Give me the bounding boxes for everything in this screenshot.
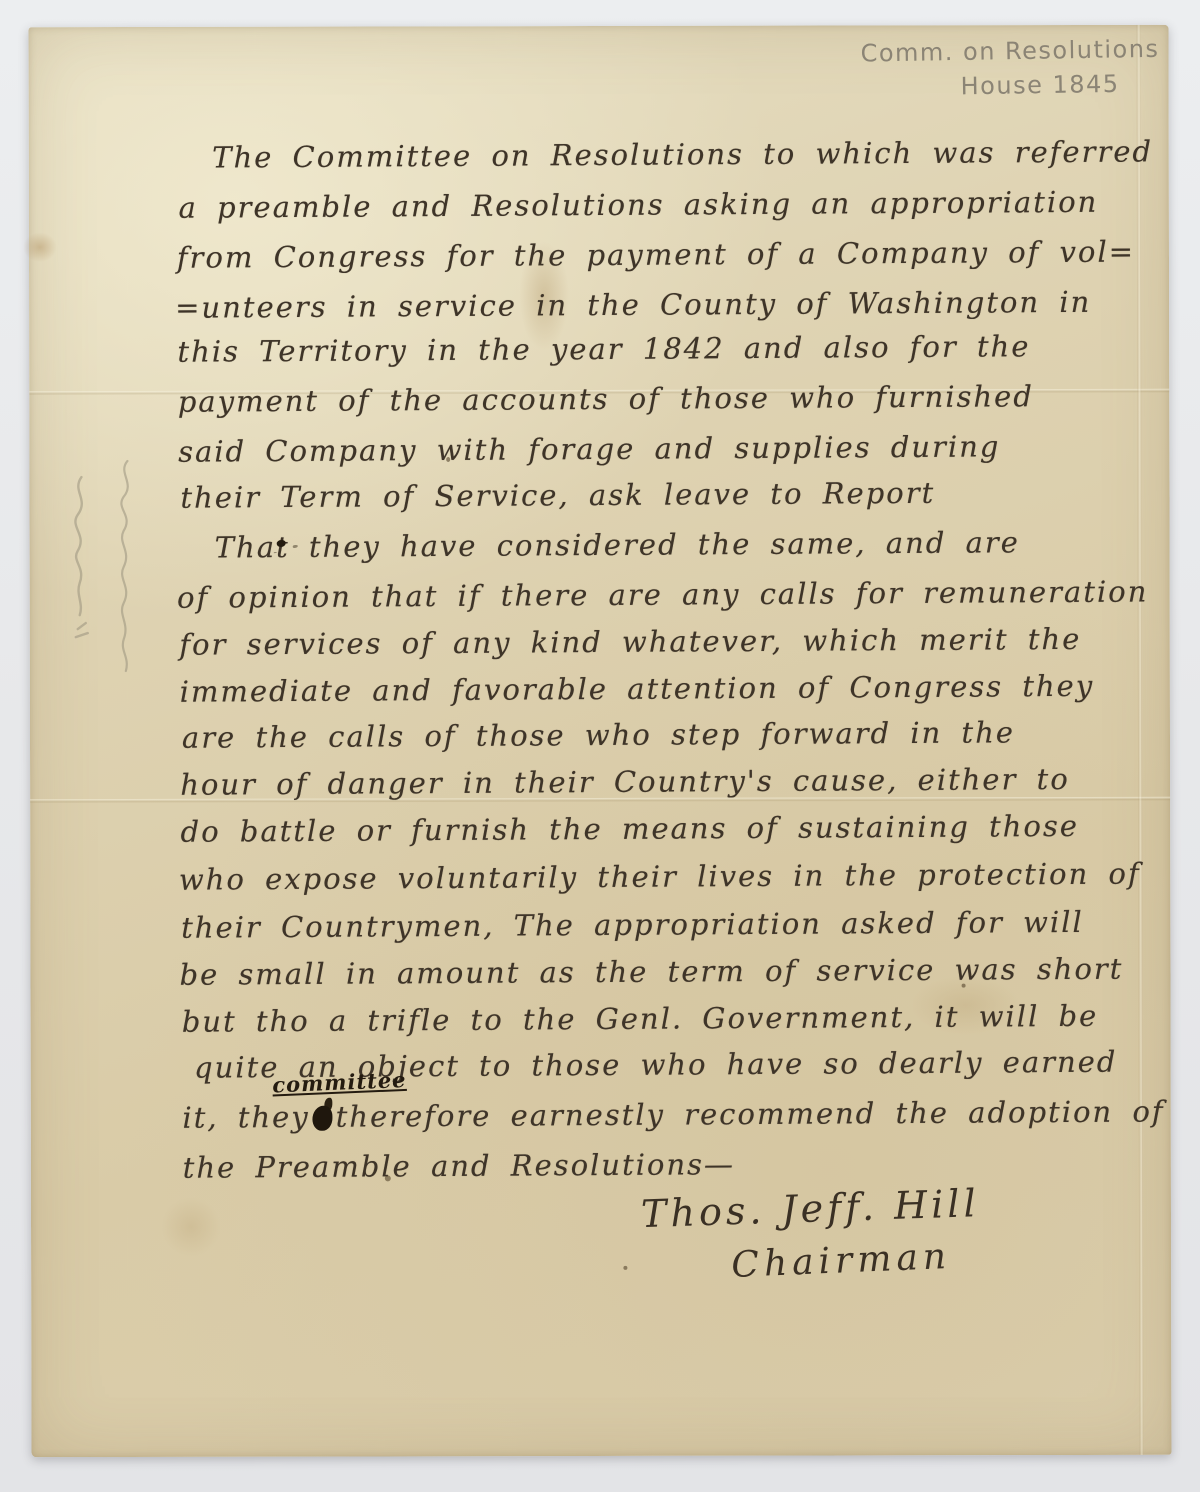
manuscript-line: That they have considered the same, and … bbox=[181, 525, 1020, 564]
manuscript-line: said Company with forage and supplies du… bbox=[178, 429, 1001, 468]
manuscript-line: The Committee on Resolutions to which wa… bbox=[178, 134, 1153, 174]
manuscript-closing-line: the Preamble and Resolutions— bbox=[183, 1147, 735, 1185]
manuscript-line: their Term of Service, ask leave to Repo… bbox=[180, 476, 935, 515]
manuscript-line: immediate and favorable attention of Con… bbox=[180, 669, 1095, 709]
interlinear-insertion: committee bbox=[272, 1067, 407, 1098]
ink-speck bbox=[446, 457, 450, 462]
handwritten-text-layer: The Committee on Resolutions to which wa… bbox=[25, 22, 1174, 1459]
manuscript-line: their Countrymen, The appropriation aske… bbox=[181, 905, 1084, 945]
signature: Thos. Jeff. Hill bbox=[640, 1181, 980, 1236]
manuscript-line: for services of any kind whatever, which… bbox=[179, 622, 1081, 662]
ink-speck bbox=[962, 984, 966, 988]
manuscript-line: of opinion that if there are any calls f… bbox=[177, 574, 1148, 614]
manuscript-line: are the calls of those who step forward … bbox=[182, 715, 1015, 754]
amended-line-after: therefore earnestly recommend the adopti… bbox=[336, 1094, 1165, 1133]
ink-blot bbox=[313, 1106, 333, 1131]
manuscript-line: who expose voluntarily their lives in th… bbox=[179, 857, 1141, 897]
amended-line-before: it, they bbox=[182, 1100, 309, 1135]
manuscript-line: hour of danger in their Country's cause,… bbox=[180, 762, 1070, 802]
signature-title: Chairman bbox=[731, 1236, 952, 1286]
manuscript-line: a preamble and Resolutions asking an app… bbox=[178, 185, 1098, 225]
scanned-document-background: Comm. on Resolutions House 1845 The Comm… bbox=[0, 0, 1200, 1492]
ink-speck bbox=[385, 1175, 391, 1181]
manuscript-line: this Territory in the year 1842 and also… bbox=[177, 329, 1030, 369]
ink-speck bbox=[623, 1266, 627, 1270]
manuscript-line: but tho a trifle to the Genl. Government… bbox=[182, 999, 1099, 1039]
manuscript-paper: Comm. on Resolutions House 1845 The Comm… bbox=[29, 25, 1172, 1457]
manuscript-line: from Congress for the payment of a Compa… bbox=[177, 235, 1135, 275]
manuscript-line-amended: it, theytherefore earnestly recommend th… bbox=[182, 1094, 1164, 1134]
manuscript-line: be small in amount as the term of servic… bbox=[179, 952, 1123, 992]
manuscript-line: do battle or furnish the means of sustai… bbox=[180, 809, 1079, 849]
manuscript-line: payment of the accounts of those who fur… bbox=[178, 379, 1034, 419]
manuscript-line: =unteers in service in the County of Was… bbox=[175, 285, 1091, 325]
